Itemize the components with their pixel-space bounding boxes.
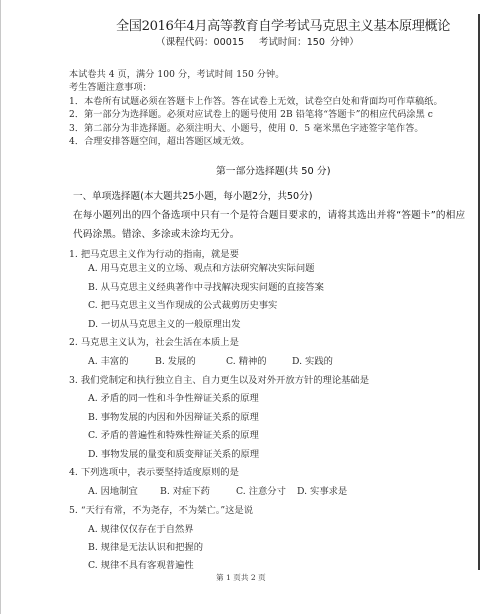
exam-page: 全国2016年4月高等教育自学考试马克思主义基本原理概论 （课程代码：00015… [0,0,481,614]
question-3-option-c: C. 矛盾的普遍性和特殊性辩证关系的原理 [88,431,259,440]
question-4-stem: 4. 下列选项中，表示要坚持适度原则的是 [69,468,239,477]
page-right-border [478,14,480,570]
question-5-option-c: C. 规律不具有客观普遍性 [88,561,194,570]
note-item-1: 1．本卷所有试题必须在答题卡上作答。答在试卷上无效，试卷空白处和背面均可作草稿纸… [69,98,443,107]
question-3-option-a: A. 矛盾的同一性和斗争性辩证关系的原理 [88,394,259,403]
page-number: 第 1 页共 2 页 [216,574,266,582]
note-item-4: 4．合理安排答题空间，超出答题区域无效。 [69,138,250,147]
question-4-option-d: D. 实事求是 [297,487,347,496]
exam-summary: 本试卷共 4 页，满分 100 分，考试时间 150 分钟。 [69,71,284,80]
question-4-option-a: A. 因地制宜 [88,487,138,496]
question-1-option-b: B. 从马克思主义经典著作中寻找解决现实问题的直接答案 [88,283,324,292]
exam-title: 全国2016年4月高等教育自学考试马克思主义基本原理概论 [116,20,450,33]
instructions-line-1: 在每小题列出的四个备选项中只有一个是符合题目要求的，请将其选出并将“答题卡”的相… [73,211,465,221]
question-1-option-a: A. 用马克思主义的立场、观点和方法研究解决实际问题 [88,264,314,273]
page-left-edge [0,0,1,614]
question-4-option-b: B. 对症下药 [160,487,210,496]
question-1-stem: 1. 把马克思主义作为行动的指南，就是要 [69,250,239,259]
question-2-option-c: C. 精神的 [226,357,267,366]
question-3-option-b: B. 事物发展的内因和外因辩证关系的原理 [88,413,259,422]
question-3-option-d: D. 事物发展的量变和质变辩证关系的原理 [88,450,259,459]
question-3-stem: 3. 我们党制定和执行独立自主、自力更生以及对外开放方针的理论基础是 [69,376,369,385]
note-item-3: 3．第二部分为非选择题。必须注明大、小题号，使用 0．5 毫米黑色字迹签字笔作答… [69,125,424,134]
question-5-stem: 5. “天行有常，不为尧存，不为桀亡。”这是说 [69,506,253,515]
notes-heading: 考生答题注意事项： [69,84,152,93]
question-1-option-d: D. 一切从马克思主义的一般原理出发 [88,320,241,329]
question-2-option-a: A. 丰富的 [88,357,129,366]
section-heading: 第一部分选择题(共 50 分) [216,167,331,177]
question-5-option-a: A. 规律仅仅存在于自然界 [88,525,194,534]
question-2-option-b: B. 发展的 [155,357,196,366]
instructions-line-2: 代码涂黑。错涂、多涂或未涂均无分。 [73,230,240,240]
question-4-option-c: C. 注意分寸 [236,487,286,496]
question-5-option-b: B. 规律是无法认识和把握的 [88,543,203,552]
question-2-stem: 2. 马克思主义认为，社会生活在本质上是 [69,338,239,347]
note-item-2: 2．第一部分为选择题。必须对应试卷上的题号使用 2B 铅笔将“答题卡”的相应代码… [69,111,433,120]
part-title: 一、单项选择题(本大题共25小题，每小题2分，共50分) [73,192,312,202]
question-1-option-c: C. 把马克思主义当作现成的公式裁剪历史事实 [88,301,277,310]
exam-subtitle: （课程代码：00015 考试时间：150 分钟） [156,38,359,48]
question-2-option-d: D. 实践的 [292,357,333,366]
